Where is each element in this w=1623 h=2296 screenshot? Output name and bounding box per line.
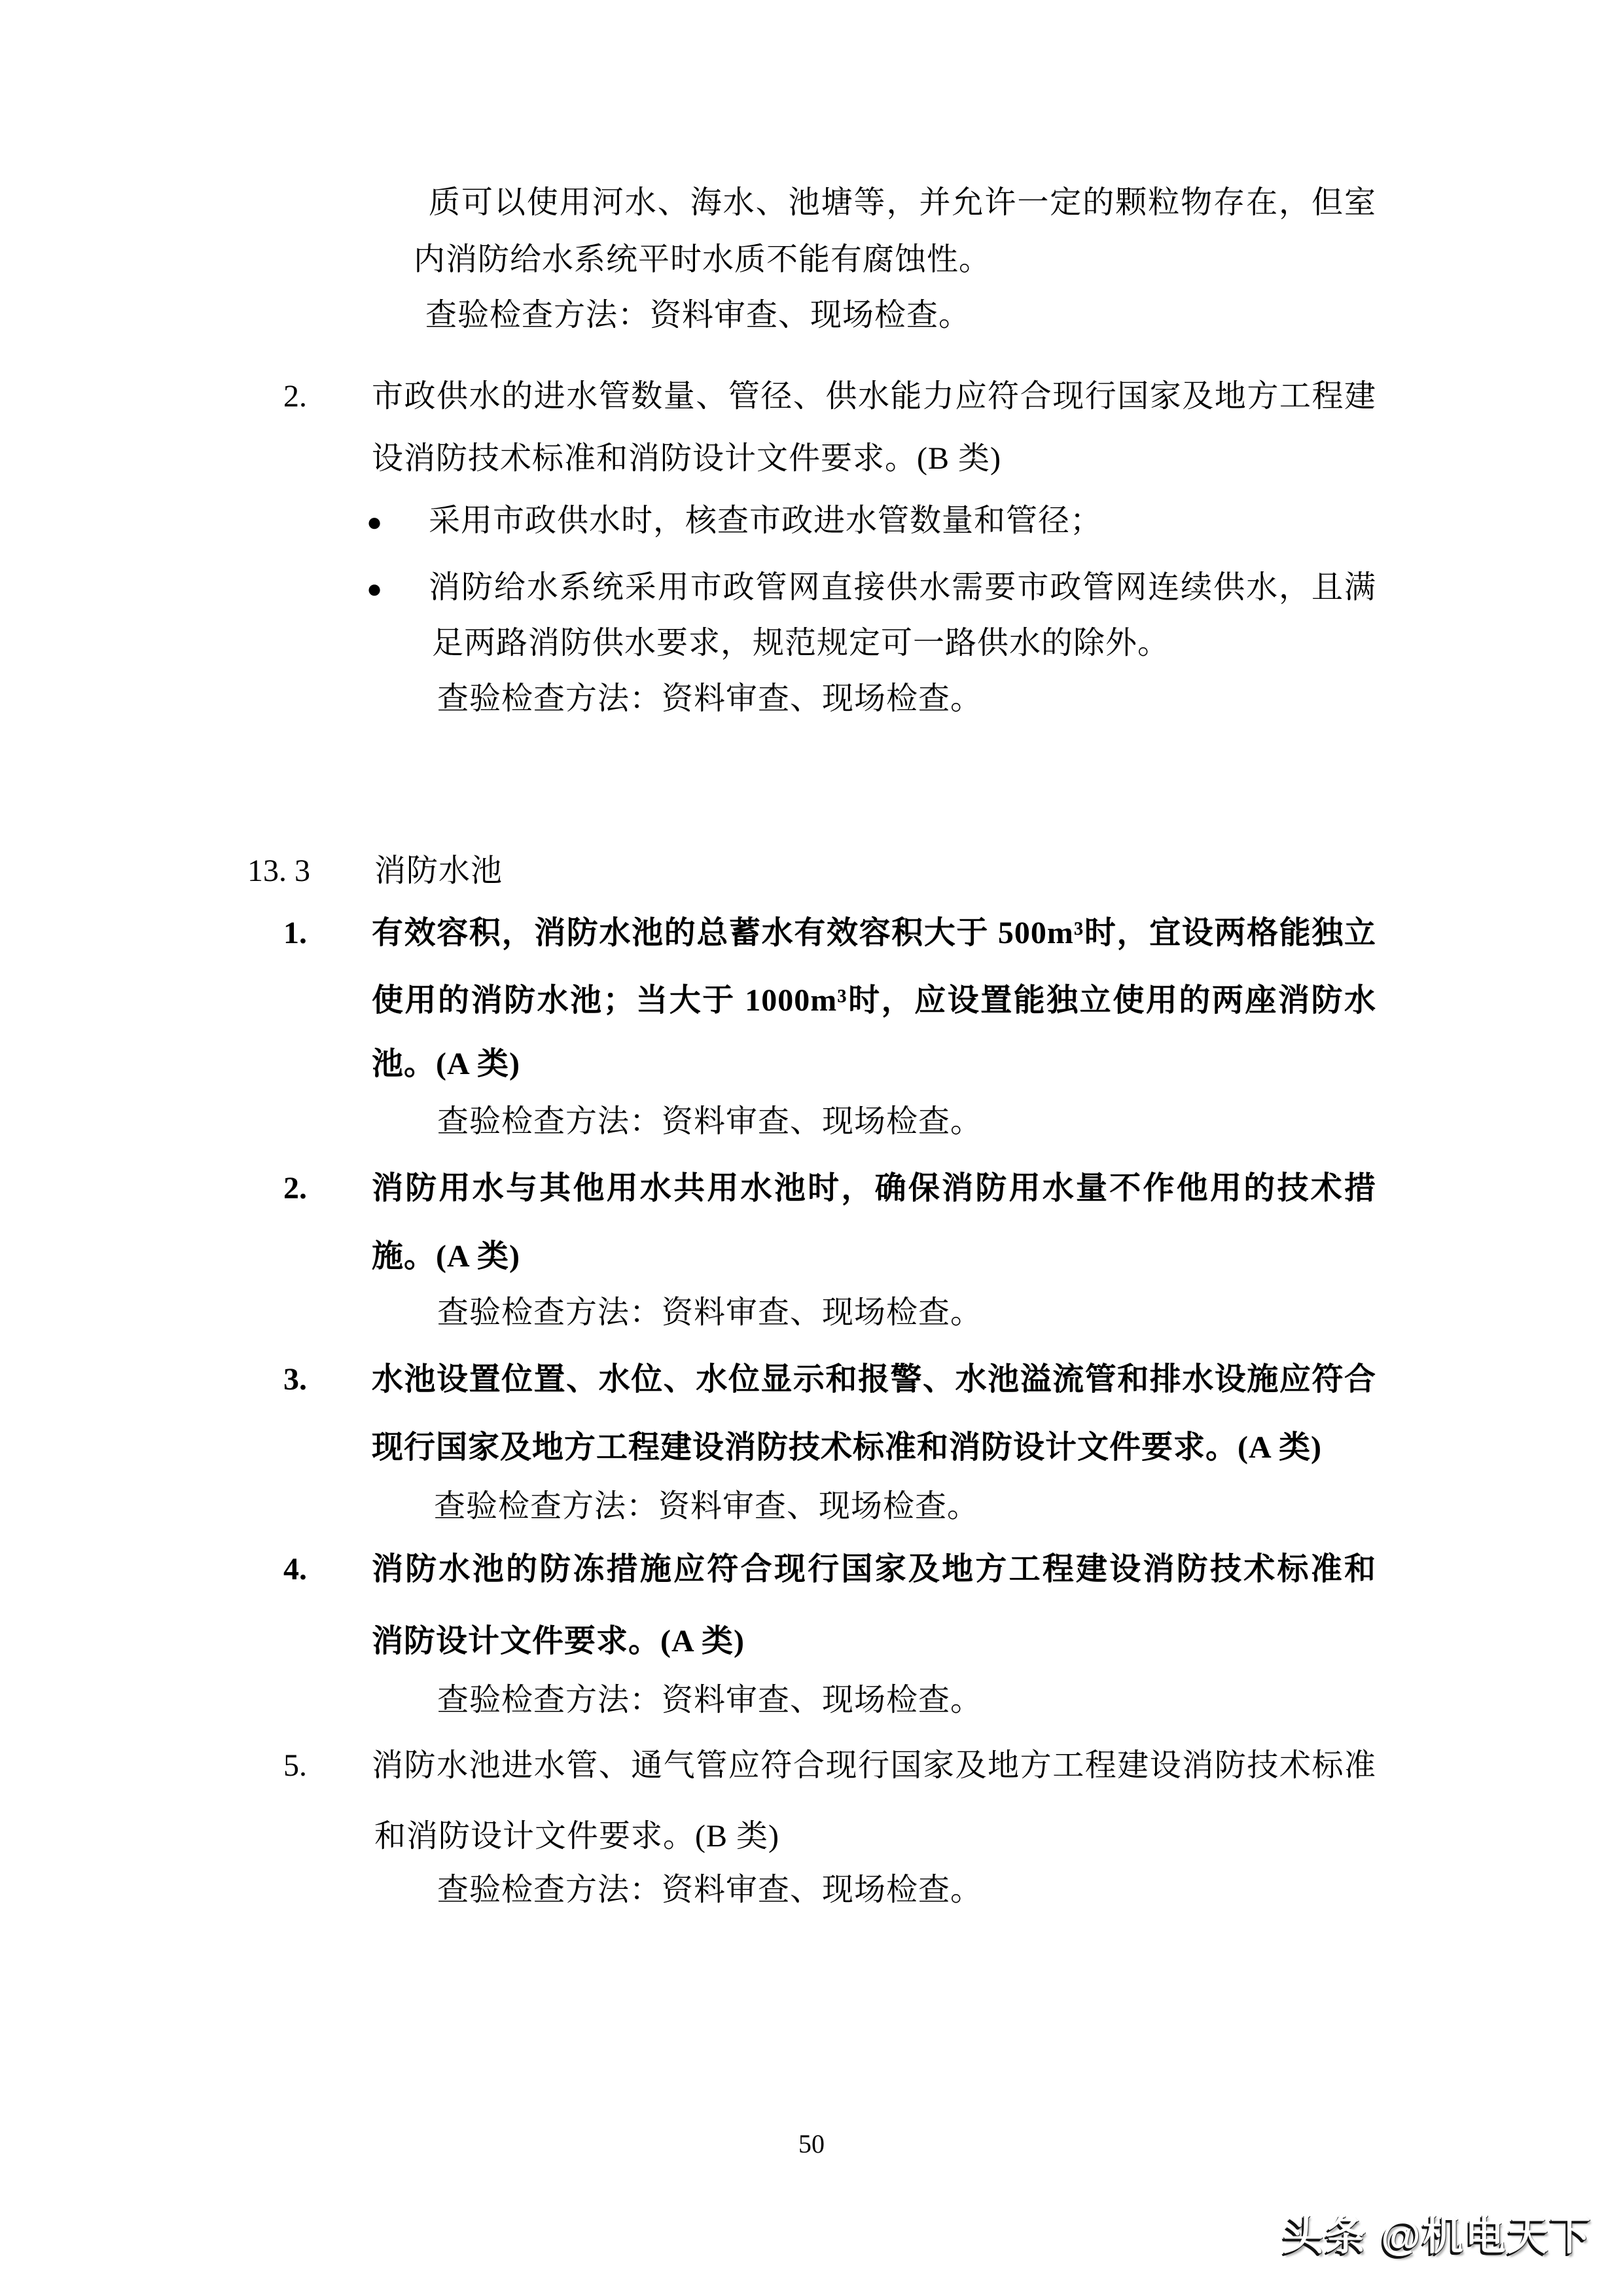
item-number: 4. [283,1552,307,1587]
bullet-icon: ● [366,509,382,535]
check-method-line: 查验检查方法：资料审查、现场检查。 [437,1873,982,1907]
doc-line: 采用市政供水时，核查市政进水管数量和管径； [429,504,1102,538]
doc-line: 池。(A 类) [372,1047,520,1081]
doc-line: 市政供水的进水管数量、管径、供水能力应符合现行国家及地方工程建 [372,380,1376,414]
check-method-line: 查验检查方法：资料审查、现场检查。 [437,1683,982,1717]
doc-line: 消防水池进水管、通气管应符合现行国家及地方工程建设消防技术标准 [372,1749,1376,1783]
doc-line: 消防用水与其他用水共用水池时，确保消防用水量不作他用的技术措 [372,1172,1376,1206]
page-number: 50 [0,2131,1623,2157]
check-method-line: 查验检查方法：资料审查、现场检查。 [437,1105,982,1139]
doc-line: 使用的消防水池；当大于 1000m³时，应设置能独立使用的两座消防水 [372,984,1376,1018]
check-method-line: 查验检查方法：资料审查、现场检查。 [425,298,971,332]
check-method-line: 查验检查方法：资料审查、现场检查。 [434,1490,979,1524]
doc-line: 足两路消防供水要求，规范规定可一路供水的除外。 [432,626,1169,660]
watermark: 头条 @机电天下 [1283,2216,1593,2257]
doc-line: 消防水池的防冻措施应符合现行国家及地方工程建设消防技术标准和 [372,1552,1376,1587]
check-method-line: 查验检查方法：资料审查、现场检查。 [437,682,982,716]
doc-line: 和消防设计文件要求。(B 类) [374,1820,779,1854]
item-number: 2. [283,1172,307,1206]
document-page: 质可以使用河水、海水、池塘等，并允许一定的颗粒物存在，但室 内消防给水系统平时水… [0,0,1623,2296]
doc-line: 现行国家及地方工程建设消防技术标准和消防设计文件要求。(A 类) [372,1431,1322,1465]
doc-line: 施。(A 类) [372,1240,520,1274]
item-number: 2. [283,380,307,414]
item-number: 1. [283,916,307,950]
check-method-line: 查验检查方法：资料审查、现场检查。 [437,1296,982,1330]
bullet-icon: ● [366,576,382,602]
doc-line: 消防给水系统采用市政管网直接供水需要市政管网连续供水，且满 [429,571,1376,605]
doc-line: 质可以使用河水、海水、池塘等，并允许一定的颗粒物存在，但室 [429,186,1376,220]
doc-line: 消防设计文件要求。(A 类) [372,1624,745,1659]
doc-line: 设消防技术标准和消防设计文件要求。(B 类) [372,442,1001,476]
section-number: 13. 3 [247,854,310,888]
doc-line: 水池设置位置、水位、水位显示和报警、水池溢流管和排水设施应符合 [372,1363,1376,1397]
item-number: 3. [283,1363,307,1397]
section-title: 消防水池 [374,854,503,888]
item-number: 5. [283,1749,307,1783]
doc-line: 内消防给水系统平时水质不能有腐蚀性。 [414,243,991,277]
doc-line: 有效容积，消防水池的总蓄水有效容积大于 500m³时，宜设两格能独立 [372,916,1376,950]
